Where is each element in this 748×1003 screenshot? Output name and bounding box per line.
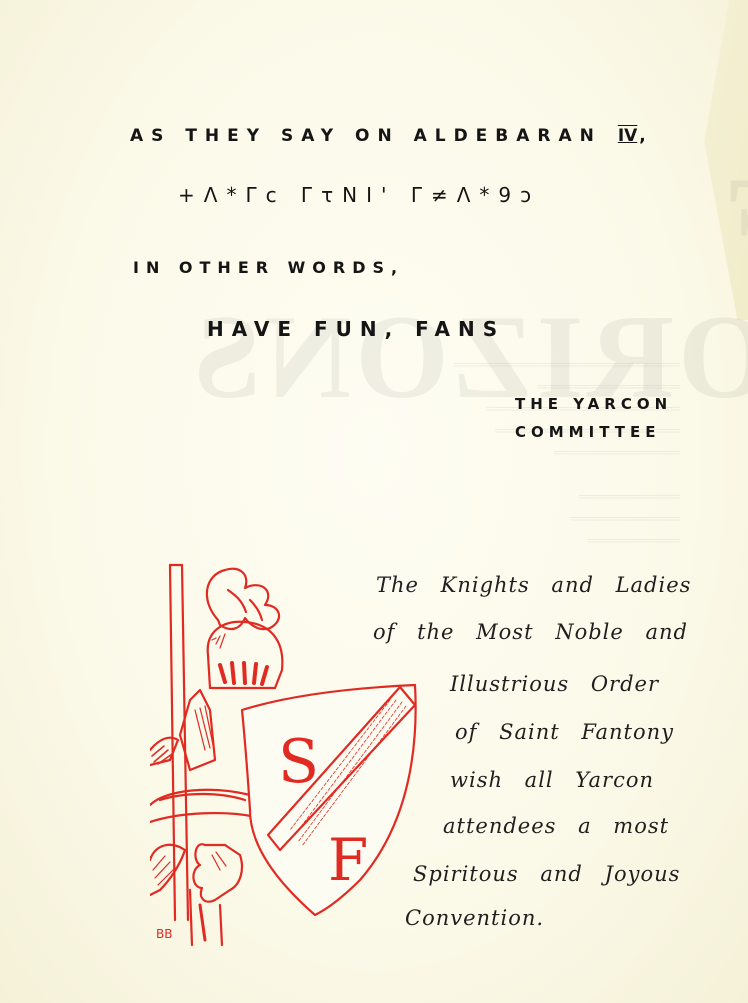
signature: THE YARCON COMMITTEE [515,390,672,446]
message-line-8: Convention. [405,906,544,930]
greeting-line-3: IN OTHER WORDS, [133,258,404,277]
greeting-line-1: AS THEY SAY ON ALDEBARAN IV, [130,126,654,146]
greeting-line-4: HAVE FUN, FANS [207,317,505,341]
message-line-4: of Saint Fantony [455,720,674,744]
roman-numeral: IV [616,126,639,146]
shield-letter-s: S [278,727,319,797]
message-line-5: wish all Yarcon [450,768,654,792]
artist-initials: BB [156,927,172,941]
signature-line-1: THE YARCON [515,390,672,418]
message-line-1: The Knights and Ladies [376,573,691,597]
signature-line-2: COMMITTEE [515,418,672,446]
greeting-line-1-comma: , [639,126,653,146]
show-through-text: ════════════════════════════════════════… [250,355,680,553]
alien-phrase: +Λ*Γc ΓτNI' Γ≠Λ*9ↄ [178,183,540,207]
message-line-3: Illustrious Order [450,672,659,696]
message-line-2: of the Most Noble and [373,620,688,644]
message-line-7: Spiritous and Joyous [413,862,680,886]
greeting-line-1-text: AS THEY SAY ON ALDEBARAN [130,126,602,146]
message-line-6: attendees a most [443,814,669,838]
paper-page: SF HORIZONS ════════════════════════════… [0,0,748,1003]
knight-shield-illustration: S F BB [150,560,440,950]
shield-letter-f: F [328,826,368,894]
